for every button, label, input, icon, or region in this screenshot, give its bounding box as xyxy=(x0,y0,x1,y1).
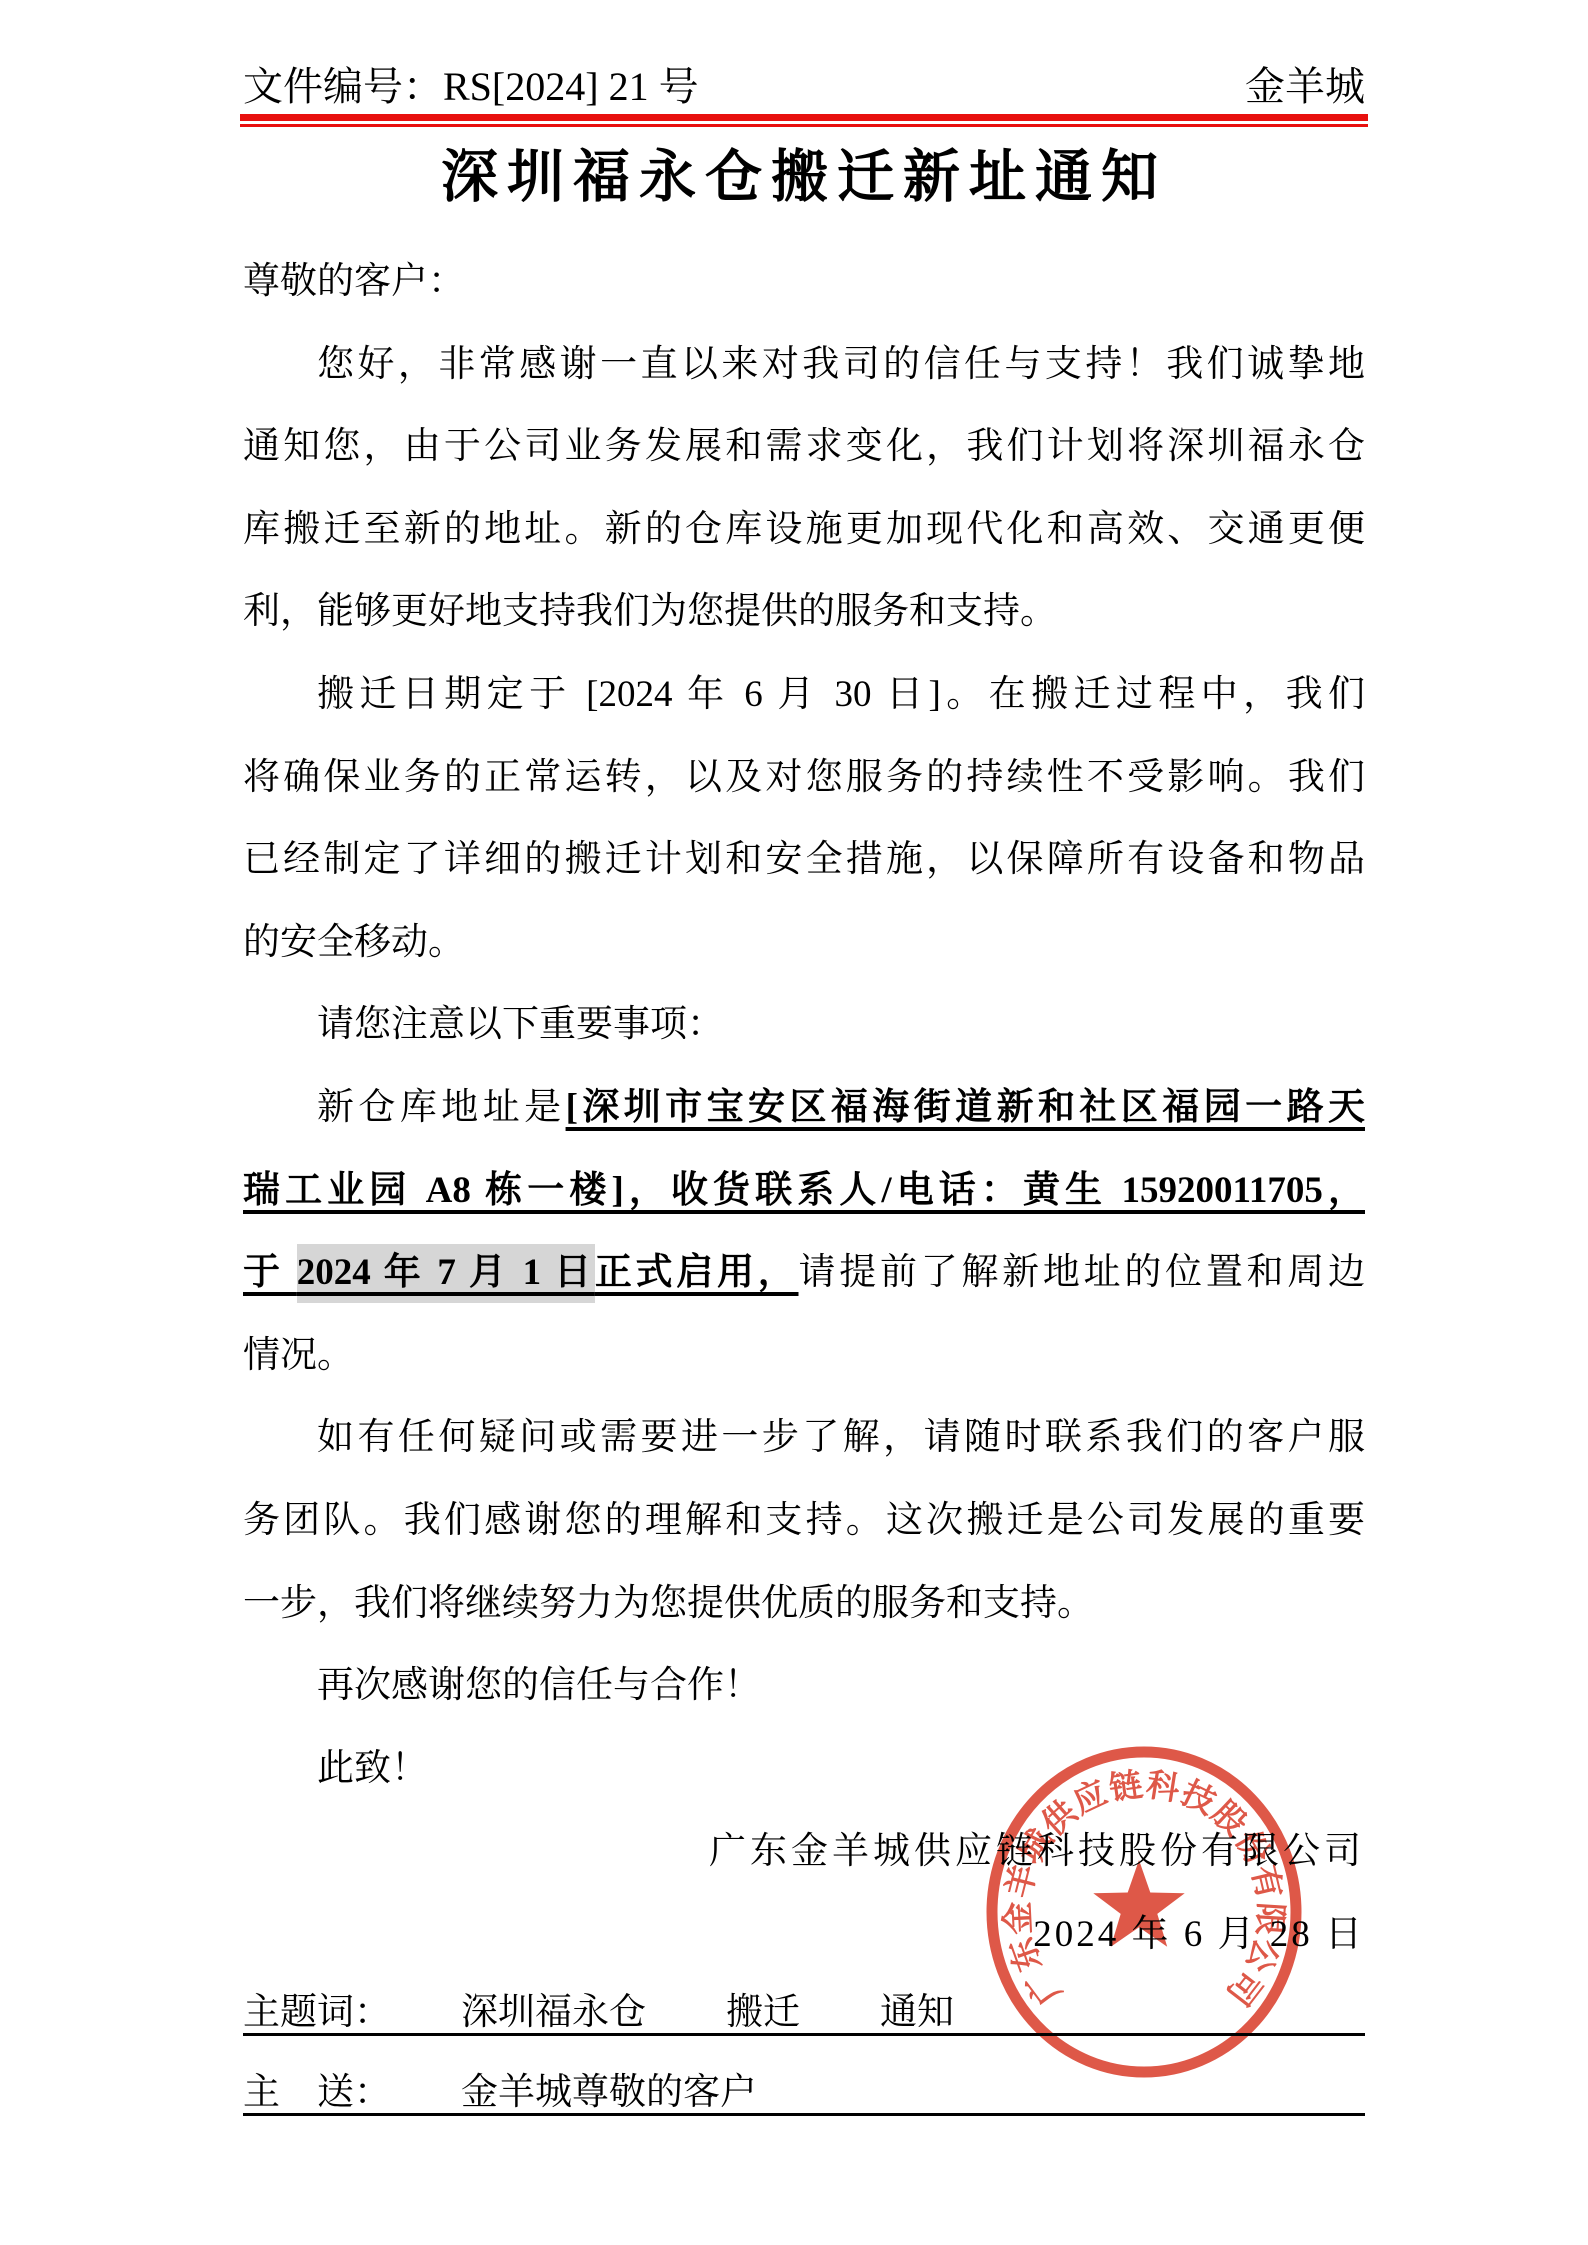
subject-term: 通知 xyxy=(880,1993,954,2033)
text-segment: 瑞工业园 A8 栋一楼]，收货联系人/电话：黄生 15920011705， xyxy=(243,1170,1365,1211)
text-segment: 务团队。我们感谢您的理解和支持。这次搬迁是公司发展的重要 xyxy=(243,1500,1365,1541)
text-segment: 如有任何疑问或需要进一步了解，请随时联系我们的客户服 xyxy=(317,1417,1365,1458)
text-segment: 您好，非常感谢一直以来对我司的信任与支持！我们诚挚地 xyxy=(317,344,1365,385)
subject-term: 搬迁 xyxy=(726,1993,800,2033)
body-line: 尊敬的客户： xyxy=(243,241,1365,324)
footer-to-label: 主 送： xyxy=(243,2072,391,2113)
body-line: 如有任何疑问或需要进一步了解，请随时联系我们的客户服 xyxy=(243,1397,1365,1480)
doc-number: 文件编号：RS[2024] 21 号 xyxy=(243,62,699,112)
red-rule-thin xyxy=(240,124,1368,127)
body-line: 利，能够更好地支持我们为您提供的服务和支持。 xyxy=(243,571,1365,654)
body-line: 新仓库地址是[深圳市宝安区福海街道新和社区福园一路天 xyxy=(243,1067,1365,1150)
body-line: 此致！ xyxy=(243,1728,1365,1811)
body-line: 瑞工业园 A8 栋一楼]，收货联系人/电话：黄生 15920011705， xyxy=(243,1150,1365,1233)
text-segment: 通知您，由于公司业务发展和需求变化，我们计划将深圳福永仓 xyxy=(243,426,1365,467)
body-line: 库搬迁至新的地址。新的仓库设施更加现代化和高效、交通更便 xyxy=(243,489,1365,572)
text-segment: [深圳市宝安区福海街道新和社区福园一路天 xyxy=(566,1087,1365,1128)
body-line: 搬迁日期定于 [2024 年 6 月 30 日]。在搬迁过程中，我们 xyxy=(243,654,1365,737)
text-segment: 搬迁日期定于 [2024 年 6 月 30 日]。在搬迁过程中，我们 xyxy=(317,674,1365,715)
footer-to-row: 主 送：金羊城尊敬的客户 xyxy=(243,2073,1365,2116)
text-segment: 的安全移动。 xyxy=(243,922,465,963)
text-segment: 利，能够更好地支持我们为您提供的服务和支持。 xyxy=(243,591,1057,632)
footer-subject-label: 主题词： xyxy=(243,1992,391,2033)
text-segment: 于 xyxy=(243,1252,297,1293)
body-line: 您好，非常感谢一直以来对我司的信任与支持！我们诚挚地 xyxy=(243,324,1365,407)
body-line: 务团队。我们感谢您的理解和支持。这次搬迁是公司发展的重要 xyxy=(243,1480,1365,1563)
text-segment: 情况。 xyxy=(243,1335,354,1376)
body-text: 尊敬的客户：您好，非常感谢一直以来对我司的信任与支持！我们诚挚地通知您，由于公司… xyxy=(243,241,1365,1810)
text-segment: 正式启用， xyxy=(595,1252,799,1293)
document-page: 文件编号：RS[2024] 21 号 金羊城 深圳福永仓搬迁新址通知 尊敬的客户… xyxy=(0,0,1588,2245)
footer-subject-terms: 深圳福永仓搬迁通知 xyxy=(391,1992,954,2033)
text-segment: 新仓库地址是 xyxy=(317,1087,566,1128)
footer-subject-row: 主题词：深圳福永仓搬迁通知 xyxy=(243,1993,1365,2036)
body-line: 已经制定了详细的搬迁计划和安全措施，以保障所有设备和物品 xyxy=(243,819,1365,902)
page-title: 深圳福永仓搬迁新址通知 xyxy=(243,138,1365,218)
text-segment: 请提前了解新地址的位置和周边 xyxy=(799,1252,1366,1293)
text-segment: 一步，我们将继续努力为您提供优质的服务和支持。 xyxy=(243,1583,1094,1624)
signature-date: 2024 年 6 月 28 日 xyxy=(243,1893,1365,1976)
text-segment: 再次感谢您的信任与合作！ xyxy=(317,1665,761,1706)
text-segment: 请您注意以下重要事项： xyxy=(317,1004,724,1045)
body-line: 一步，我们将继续努力为您提供优质的服务和支持。 xyxy=(243,1563,1365,1646)
body-line: 情况。 xyxy=(243,1315,1365,1398)
body-line: 将确保业务的正常运转，以及对您服务的持续性不受影响。我们 xyxy=(243,737,1365,820)
body-line: 请您注意以下重要事项： xyxy=(243,984,1365,1067)
text-segment: 将确保业务的正常运转，以及对您服务的持续性不受影响。我们 xyxy=(243,757,1365,798)
text-segment: 库搬迁至新的地址。新的仓库设施更加现代化和高效、交通更便 xyxy=(243,509,1365,550)
text-segment: 已经制定了详细的搬迁计划和安全措施，以保障所有设备和物品 xyxy=(243,839,1365,880)
body-line: 再次感谢您的信任与合作！ xyxy=(243,1645,1365,1728)
body-line: 通知您，由于公司业务发展和需求变化，我们计划将深圳福永仓 xyxy=(243,406,1365,489)
text-segment: 2024 年 7 月 1 日 xyxy=(297,1244,595,1303)
text-segment: 此致！ xyxy=(317,1748,428,1789)
body-line: 于 2024 年 7 月 1 日正式启用，请提前了解新地址的位置和周边 xyxy=(243,1232,1365,1315)
footer-to-value: 金羊城尊敬的客户 xyxy=(461,2073,757,2113)
text-segment: 尊敬的客户： xyxy=(243,261,465,302)
red-rule-thick xyxy=(240,114,1368,121)
subject-term: 深圳福永仓 xyxy=(461,1993,646,2033)
document-header: 文件编号：RS[2024] 21 号 金羊城 xyxy=(243,62,1365,112)
company-signature: 广东金羊城供应链科技股份有限公司 xyxy=(243,1810,1365,1893)
org-name: 金羊城 xyxy=(1245,62,1365,112)
body-line: 的安全移动。 xyxy=(243,902,1365,985)
